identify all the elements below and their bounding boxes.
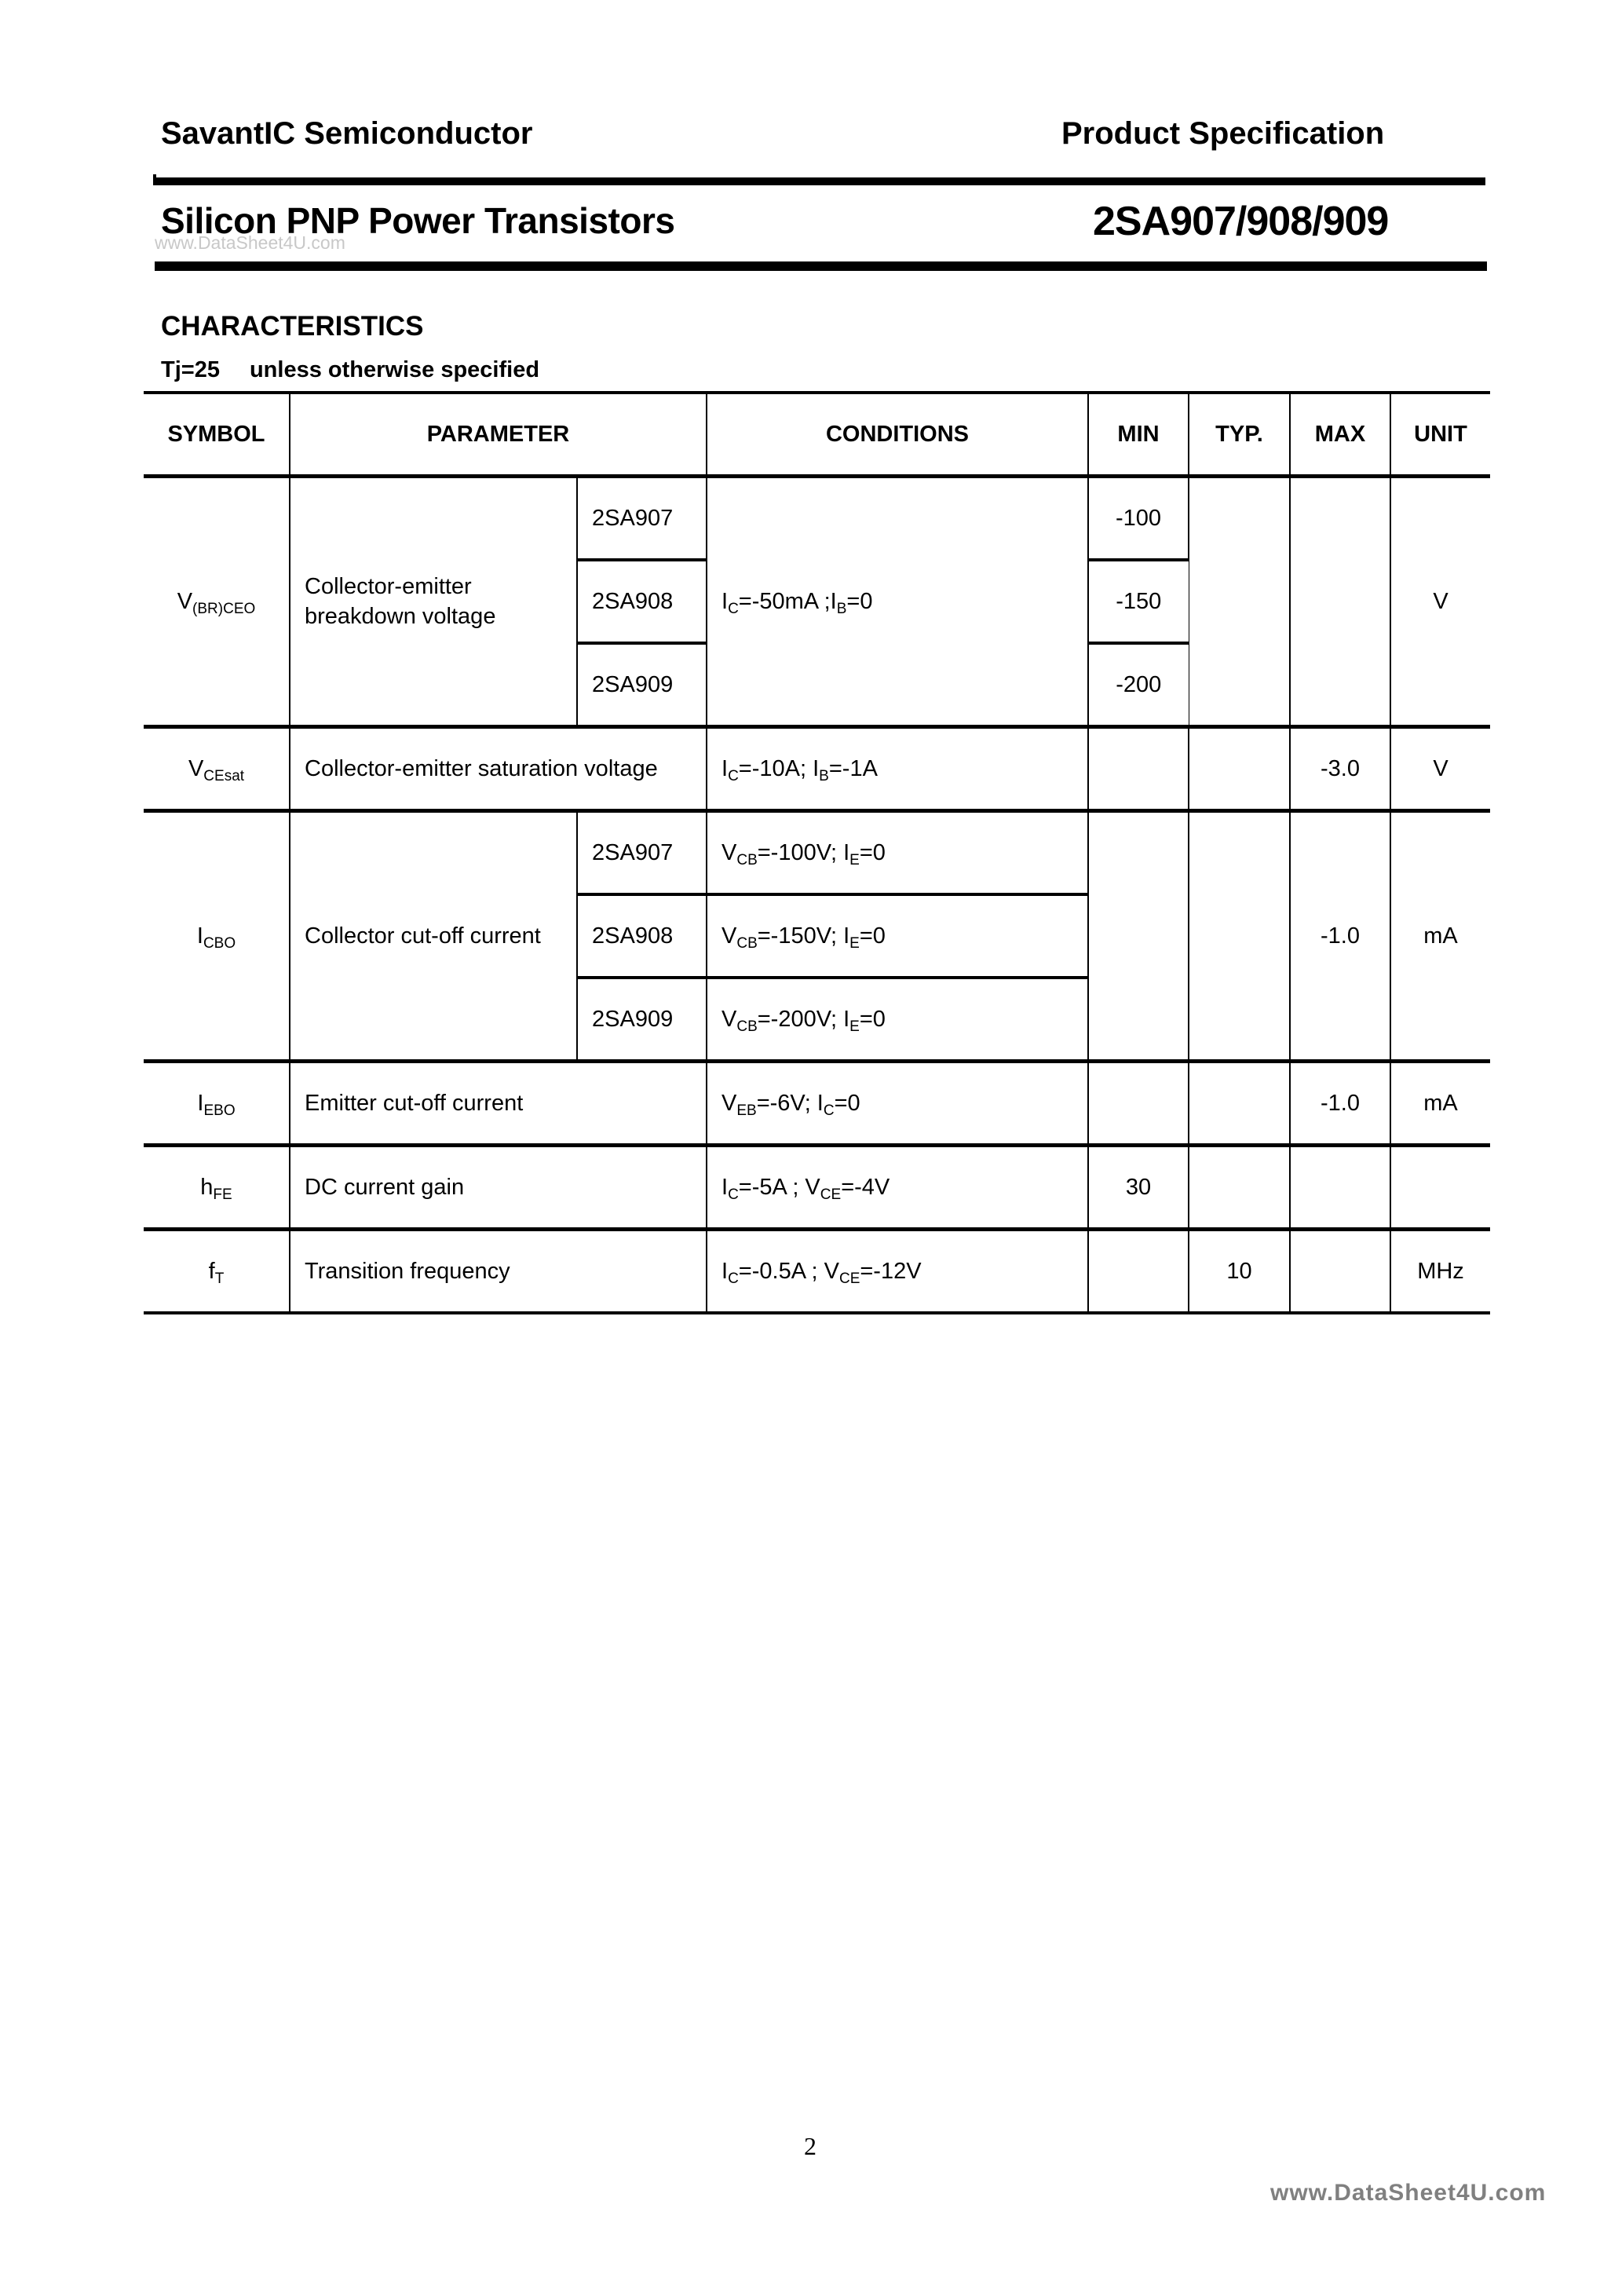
table-row: VCEsat Collector-emitter saturation volt…: [144, 727, 1490, 811]
symbol-cell: fT: [144, 1230, 290, 1314]
conditions-cell: IC=-5A ; VCE=-4V: [707, 1146, 1088, 1230]
symbol-cell: hFE: [144, 1146, 290, 1230]
unit-cell: V: [1390, 477, 1490, 727]
conditions-cell: VCB=-150V; IE=0: [707, 894, 1088, 978]
max-cell: [1290, 1146, 1390, 1230]
unit-cell: mA: [1390, 1062, 1490, 1146]
part-cell: 2SA909: [577, 643, 707, 727]
section-title: CHARACTERISTICS: [161, 311, 423, 342]
parameter-cell: DC current gain: [290, 1146, 707, 1230]
min-cell: 30: [1088, 1146, 1189, 1230]
conditions-cell: VCB=-200V; IE=0: [707, 978, 1088, 1062]
min-cell: [1088, 1062, 1189, 1146]
conditions-cell: VEB=-6V; IC=0: [707, 1062, 1088, 1146]
watermark-link[interactable]: www.DataSheet4U.com: [1270, 2180, 1546, 2206]
header-rule-bottom: [155, 261, 1487, 271]
parameter-cell: Emitter cut-off current: [290, 1062, 707, 1146]
parameter-cell: Collector-emitter breakdown voltage: [290, 477, 577, 727]
conditions-cell: IC=-10A; IB=-1A: [707, 727, 1088, 811]
header-typ: TYP.: [1189, 393, 1290, 477]
parameter-cell: Collector-emitter saturation voltage: [290, 727, 707, 811]
max-cell: -1.0: [1290, 1062, 1390, 1146]
watermark-top: www.DataSheet4U.com: [155, 232, 345, 254]
test-condition-note: Tj=25unless otherwise specified: [161, 357, 539, 383]
symbol-cell: ICBO: [144, 811, 290, 1062]
max-cell: -3.0: [1290, 727, 1390, 811]
table-row: IEBO Emitter cut-off current VEB=-6V; IC…: [144, 1062, 1490, 1146]
max-cell: [1290, 1230, 1390, 1314]
min-cell: -200: [1088, 643, 1189, 727]
conditions-cell: VCB=-100V; IE=0: [707, 811, 1088, 895]
table-row: V(BR)CEO Collector-emitter breakdown vol…: [144, 477, 1490, 561]
parameter-cell: Transition frequency: [290, 1230, 707, 1314]
parameter-cell: Collector cut-off current: [290, 811, 577, 1062]
condition-suffix: unless otherwise specified: [250, 357, 539, 382]
symbol-cell: IEBO: [144, 1062, 290, 1146]
page-number: 2: [804, 2132, 816, 2161]
typ-cell: 10: [1189, 1230, 1290, 1314]
typ-cell: [1189, 727, 1290, 811]
characteristics-table: SYMBOL PARAMETER CONDITIONS MIN TYP. MAX…: [144, 391, 1490, 1314]
typ-cell: [1189, 1062, 1290, 1146]
unit-cell: mA: [1390, 811, 1490, 1062]
header-rule-top: [153, 177, 1485, 185]
part-cell: 2SA907: [577, 811, 707, 895]
table-row: hFE DC current gain IC=-5A ; VCE=-4V 30: [144, 1146, 1490, 1230]
typ-cell: [1189, 1146, 1290, 1230]
conditions-cell: IC=-0.5A ; VCE=-12V: [707, 1230, 1088, 1314]
table-row: ICBO Collector cut-off current 2SA907 VC…: [144, 811, 1490, 895]
symbol-cell: V(BR)CEO: [144, 477, 290, 727]
unit-cell: MHz: [1390, 1230, 1490, 1314]
table-header-row: SYMBOL PARAMETER CONDITIONS MIN TYP. MAX…: [144, 393, 1490, 477]
tj-condition: Tj=25: [161, 357, 220, 382]
part-cell: 2SA908: [577, 560, 707, 643]
part-numbers-title: 2SA907/908/909: [1093, 198, 1388, 245]
unit-cell: [1390, 1146, 1490, 1230]
part-cell: 2SA908: [577, 894, 707, 978]
part-cell: 2SA907: [577, 477, 707, 561]
min-cell: [1088, 727, 1189, 811]
header-unit: UNIT: [1390, 393, 1490, 477]
min-cell: -150: [1088, 560, 1189, 643]
part-cell: 2SA909: [577, 978, 707, 1062]
symbol-cell: VCEsat: [144, 727, 290, 811]
max-cell: -1.0: [1290, 811, 1390, 1062]
unit-cell: V: [1390, 727, 1490, 811]
header-parameter: PARAMETER: [290, 393, 707, 477]
typ-cell: [1189, 811, 1290, 1062]
min-cell: [1088, 1230, 1189, 1314]
header-symbol: SYMBOL: [144, 393, 290, 477]
header-min: MIN: [1088, 393, 1189, 477]
table-row: fT Transition frequency IC=-0.5A ; VCE=-…: [144, 1230, 1490, 1314]
min-cell: -100: [1088, 477, 1189, 561]
typ-cell: [1189, 477, 1290, 727]
header-conditions: CONDITIONS: [707, 393, 1088, 477]
company-name: SavantIC Semiconductor: [161, 116, 532, 152]
max-cell: [1290, 477, 1390, 727]
conditions-cell: IC=-50mA ;IB=0: [707, 477, 1088, 727]
document-type: Product Specification: [1061, 116, 1384, 152]
header-max: MAX: [1290, 393, 1390, 477]
min-cell: [1088, 811, 1189, 1062]
